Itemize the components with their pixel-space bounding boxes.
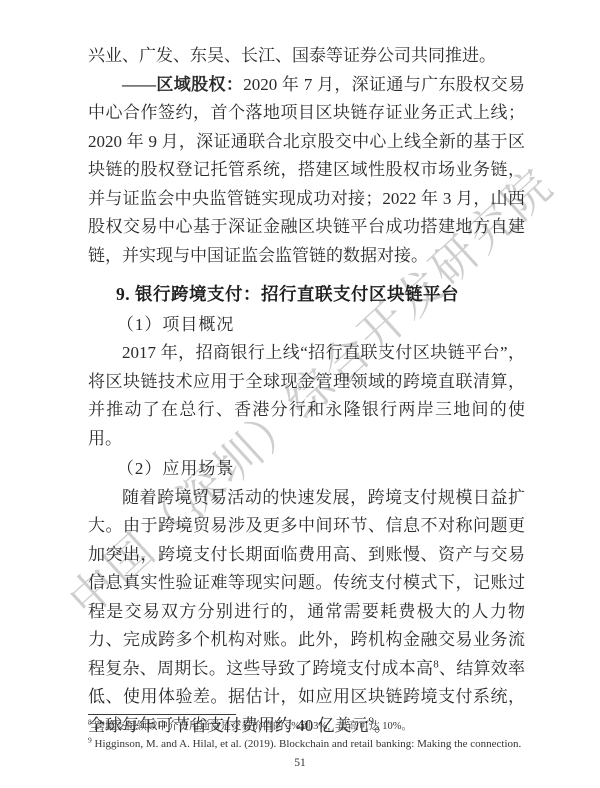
footnote-9-text: Higginson, M. and A. Hilal, et al. (2019… (95, 738, 522, 750)
application-scenario-text-a: 随着跨境贸易活动的快速发展，跨境支付规模日益扩大。由于跨境贸易涉及更多中间环节、… (88, 488, 525, 678)
section-heading-bank-cross-border-payment: 9. 银行跨境支付：招行直联支付区块链平台 (88, 280, 525, 309)
paragraph-project-overview: 2017 年，招商银行上线“招行直联支付区块链平台”，将区块链技术应用于全球现金… (88, 339, 525, 453)
paragraph-securities-conclusion: 兴业、广发、东吴、长江、国泰等证券公司共同推进。 (88, 42, 525, 71)
footnotes-section: 8 跨境支付领域中介费用通常是交易价值的 2%到 3%，最高可达 10%。 9 … (88, 714, 525, 752)
document-page: 中国（深圳）综合开发研究院 兴业、广发、东吴、长江、国泰等证券公司共同推进。 —… (0, 0, 600, 788)
footnote-9: 9 Higginson, M. and A. Hilal, et al. (20… (88, 736, 525, 753)
subheading-project-overview: （1）项目概况 (88, 311, 525, 340)
subheading-application-scenario: （2）应用场景 (88, 455, 525, 484)
regional-equity-lead-label: ——区域股权： (122, 75, 243, 94)
paragraph-application-scenario: 随着跨境贸易活动的快速发展，跨境支付规模日益扩大。由于跨境贸易涉及更多中间环节、… (88, 484, 525, 741)
footnote-8: 8 跨境支付领域中介费用通常是交易价值的 2%到 3%，最高可达 10%。 (88, 719, 525, 736)
footnote-8-marker: 8 (88, 718, 92, 727)
page-number: 51 (0, 757, 600, 769)
footnote-8-text: 跨境支付领域中介费用通常是交易价值的 2%到 3%，最高可达 10%。 (94, 721, 412, 732)
regional-equity-body-text: 2020 年 7 月，深证通与广东股权交易中心合作签约，首个落地项目区块链存证业… (88, 75, 525, 265)
paragraph-regional-equity: ——区域股权：2020 年 7 月，深证通与广东股权交易中心合作签约，首个落地项… (88, 71, 525, 271)
footnote-separator-rule (88, 714, 236, 715)
footnote-9-marker: 9 (88, 735, 92, 744)
page-content: 兴业、广发、东吴、长江、国泰等证券公司共同推进。 ——区域股权：2020 年 7… (88, 42, 525, 740)
